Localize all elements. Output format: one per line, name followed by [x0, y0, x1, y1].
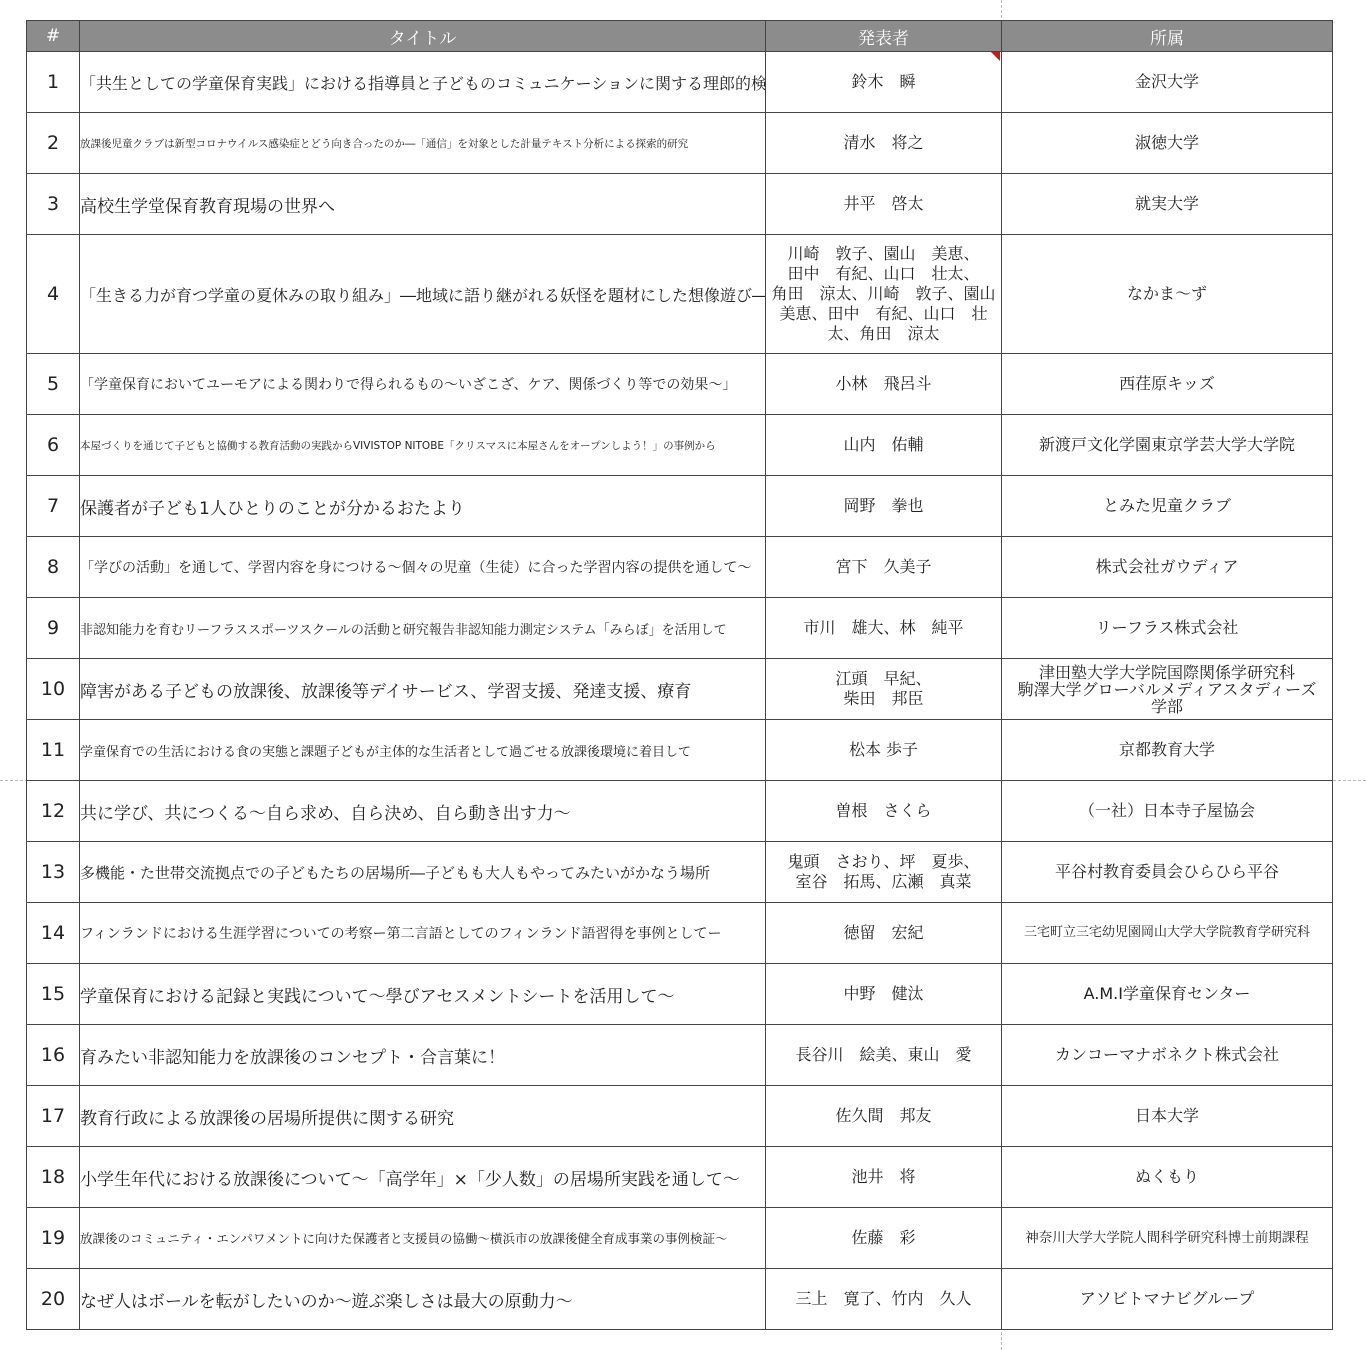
cell-title[interactable]: 教育行政による放課後の居場所提供に関する研究: [80, 1086, 766, 1147]
cell-presenter[interactable]: 徳留 宏紀: [766, 903, 1002, 964]
cell-presenter[interactable]: 岡野 拳也: [766, 476, 1002, 537]
table-row: 14 フィンランドにおける生涯学習についての考察ー第二言語としてのフィンランド語…: [27, 903, 1333, 964]
cell-presenter[interactable]: 川崎 敦子、園山 美恵、 田中 有紀、山口 壮太、 角田 涼太、川崎 敦子、園山…: [766, 235, 1002, 354]
cell-title[interactable]: 保護者が子ども1人ひとりのことが分かるおたより: [80, 476, 766, 537]
cell-presenter[interactable]: 宮下 久美子: [766, 537, 1002, 598]
cell-title[interactable]: 高校生学堂保育教育現場の世界へ: [80, 174, 766, 235]
table-row: 1 「共生としての学童保育実践」における指導員と子どものコミュニケーションに関す…: [27, 52, 1333, 113]
cell-presenter[interactable]: 佐久間 邦友: [766, 1086, 1002, 1147]
cell-affiliation[interactable]: 京都教育大学: [1002, 720, 1333, 781]
cell-num[interactable]: 9: [27, 598, 80, 659]
table-row: 16 育みたい非認知能力を放課後のコンセプト・合言葉に！ 長谷川 絵美、東山 愛…: [27, 1025, 1333, 1086]
cell-title[interactable]: 共に学び、共につくる～自ら求め、自ら決め、自ら動き出す力～: [80, 781, 766, 842]
header-affiliation[interactable]: 所属: [1002, 21, 1333, 52]
presentation-table: # タイトル 発表者 所属 1 「共生としての学童保育実践」における指導員と子ど…: [26, 20, 1333, 1330]
cell-num[interactable]: 6: [27, 415, 80, 476]
cell-affiliation[interactable]: 平谷村教育委員会ひらひら平谷: [1002, 842, 1333, 903]
table-row: 6 本屋づくりを通じて子どもと協働する教育活動の実践からVIVISTOP NIT…: [27, 415, 1333, 476]
cell-affiliation[interactable]: 三宅町立三宅幼児園岡山大学大学院教育学研究科: [1002, 903, 1333, 964]
cell-presenter[interactable]: 江頭 早紀、 柴田 邦臣: [766, 659, 1002, 720]
cell-affiliation[interactable]: 金沢大学: [1002, 52, 1333, 113]
cell-affiliation[interactable]: A.M.I学童保育センター: [1002, 964, 1333, 1025]
cell-affiliation[interactable]: 神奈川大学大学院人間科学研究科博士前期課程: [1002, 1208, 1333, 1269]
cell-presenter[interactable]: 池井 将: [766, 1147, 1002, 1208]
cell-title[interactable]: 本屋づくりを通じて子どもと協働する教育活動の実践からVIVISTOP NITOB…: [80, 415, 766, 476]
table-row: 19 放課後のコミュニティ・エンパワメントに向けた保護者と支援員の協働～横浜市の…: [27, 1208, 1333, 1269]
cell-presenter[interactable]: 井平 啓太: [766, 174, 1002, 235]
comment-indicator-icon[interactable]: [991, 52, 1000, 61]
cell-affiliation[interactable]: 西荏原キッズ: [1002, 354, 1333, 415]
cell-presenter[interactable]: 長谷川 絵美、東山 愛: [766, 1025, 1002, 1086]
cell-title[interactable]: 「共生としての学童保育実践」における指導員と子どものコミュニケーションに関する理…: [80, 52, 766, 113]
cell-num[interactable]: 7: [27, 476, 80, 537]
cell-title[interactable]: 「生きる力が育つ学童の夏休みの取り組み」―地域に語り継がれる妖怪を題材にした想像…: [80, 235, 766, 354]
cell-title[interactable]: 多機能・た世帯交流拠点での子どもたちの居場所―子どもも大人もやってみたいがかなう…: [80, 842, 766, 903]
cell-affiliation[interactable]: アソビトマナビグループ: [1002, 1269, 1333, 1330]
cell-affiliation[interactable]: 日本大学: [1002, 1086, 1333, 1147]
table-row: 3 高校生学堂保育教育現場の世界へ 井平 啓太 就実大学: [27, 174, 1333, 235]
cell-title[interactable]: 放課後のコミュニティ・エンパワメントに向けた保護者と支援員の協働～横浜市の放課後…: [80, 1208, 766, 1269]
cell-num[interactable]: 13: [27, 842, 80, 903]
cell-num[interactable]: 12: [27, 781, 80, 842]
table-row: 8 「学びの活動」を通して、学習内容を身につける～個々の児童（生徒）に合った学習…: [27, 537, 1333, 598]
cell-num[interactable]: 2: [27, 113, 80, 174]
cell-presenter[interactable]: 鈴木 瞬: [766, 52, 1002, 113]
cell-affiliation[interactable]: とみた児童クラブ: [1002, 476, 1333, 537]
cell-title[interactable]: 小学生年代における放課後について～「高学年」×「少人数」の居場所実践を通して～: [80, 1147, 766, 1208]
cell-title[interactable]: 障害がある子どもの放課後、放課後等デイサービス、学習支援、発達支援、療育: [80, 659, 766, 720]
table-row: 20 なぜ人はボールを転がしたいのか～遊ぶ楽しさは最大の原動力～ 三上 寛了、竹…: [27, 1269, 1333, 1330]
cell-presenter[interactable]: 山内 佑輔: [766, 415, 1002, 476]
cell-title[interactable]: なぜ人はボールを転がしたいのか～遊ぶ楽しさは最大の原動力～: [80, 1269, 766, 1330]
table-row: 5 「学童保育においてユーモアによる関わりで得られるもの～いざこざ、ケア、関係づ…: [27, 354, 1333, 415]
cell-affiliation[interactable]: 株式会社ガウディア: [1002, 537, 1333, 598]
cell-num[interactable]: 19: [27, 1208, 80, 1269]
cell-affiliation[interactable]: カンコーマナボネクト株式会社: [1002, 1025, 1333, 1086]
cell-num[interactable]: 3: [27, 174, 80, 235]
cell-title[interactable]: 育みたい非認知能力を放課後のコンセプト・合言葉に！: [80, 1025, 766, 1086]
cell-title[interactable]: 学童保育での生活における食の実態と課題子どもが主体的な生活者として過ごせる放課後…: [80, 720, 766, 781]
cell-title[interactable]: 非認知能力を育むリーフラススポーツスクールの活動と研究報告非認知能力測定システム…: [80, 598, 766, 659]
table-row: 11 学童保育での生活における食の実態と課題子どもが主体的な生活者として過ごせる…: [27, 720, 1333, 781]
table-row: 18 小学生年代における放課後について～「高学年」×「少人数」の居場所実践を通し…: [27, 1147, 1333, 1208]
cell-affiliation[interactable]: リーフラス株式会社: [1002, 598, 1333, 659]
cell-num[interactable]: 1: [27, 52, 80, 113]
cell-title[interactable]: 「学童保育においてユーモアによる関わりで得られるもの～いざこざ、ケア、関係づくり…: [80, 354, 766, 415]
cell-presenter[interactable]: 小林 飛呂斗: [766, 354, 1002, 415]
cell-presenter[interactable]: 佐藤 彩: [766, 1208, 1002, 1269]
cell-affiliation[interactable]: 就実大学: [1002, 174, 1333, 235]
cell-num[interactable]: 17: [27, 1086, 80, 1147]
cell-title[interactable]: フィンランドにおける生涯学習についての考察ー第二言語としてのフィンランド語習得を…: [80, 903, 766, 964]
cell-num[interactable]: 18: [27, 1147, 80, 1208]
header-title[interactable]: タイトル: [80, 21, 766, 52]
table-row: 12 共に学び、共につくる～自ら求め、自ら決め、自ら動き出す力～ 曽根 さくら …: [27, 781, 1333, 842]
cell-title[interactable]: 「学びの活動」を通して、学習内容を身につける～個々の児童（生徒）に合った学習内容…: [80, 537, 766, 598]
cell-num[interactable]: 16: [27, 1025, 80, 1086]
header-presenter[interactable]: 発表者: [766, 21, 1002, 52]
header-row: # タイトル 発表者 所属: [27, 21, 1333, 52]
cell-num[interactable]: 8: [27, 537, 80, 598]
table-row: 2 放課後児童クラブは新型コロナウイルス感染症とどう向き合ったのか―「通信」を対…: [27, 113, 1333, 174]
cell-affiliation[interactable]: （一社）日本寺子屋協会: [1002, 781, 1333, 842]
cell-num[interactable]: 4: [27, 235, 80, 354]
cell-presenter[interactable]: 鬼頭 さおり、坪 夏歩、 室谷 拓馬、広瀬 真菜: [766, 842, 1002, 903]
cell-presenter[interactable]: 市川 雄大、林 純平: [766, 598, 1002, 659]
table-row: 4 「生きる力が育つ学童の夏休みの取り組み」―地域に語り継がれる妖怪を題材にした…: [27, 235, 1333, 354]
cell-presenter[interactable]: 清水 将之: [766, 113, 1002, 174]
table-row: 7 保護者が子ども1人ひとりのことが分かるおたより 岡野 拳也 とみた児童クラブ: [27, 476, 1333, 537]
cell-affiliation[interactable]: ぬくもり: [1002, 1147, 1333, 1208]
header-num[interactable]: #: [27, 21, 80, 52]
cell-num[interactable]: 14: [27, 903, 80, 964]
cell-affiliation[interactable]: なかま～ず: [1002, 235, 1333, 354]
cell-affiliation[interactable]: 新渡戸文化学園東京学芸大学大学院: [1002, 415, 1333, 476]
cell-affiliation[interactable]: 淑徳大学: [1002, 113, 1333, 174]
cell-num[interactable]: 10: [27, 659, 80, 720]
cell-num[interactable]: 5: [27, 354, 80, 415]
cell-presenter[interactable]: 松本 歩子: [766, 720, 1002, 781]
table-row: 9 非認知能力を育むリーフラススポーツスクールの活動と研究報告非認知能力測定シス…: [27, 598, 1333, 659]
table-row: 15 学童保育における記録と実践について～學びアセスメントシートを活用して～ 中…: [27, 964, 1333, 1025]
cell-title[interactable]: 放課後児童クラブは新型コロナウイルス感染症とどう向き合ったのか―「通信」を対象と…: [80, 113, 766, 174]
cell-title[interactable]: 学童保育における記録と実践について～學びアセスメントシートを活用して～: [80, 964, 766, 1025]
cell-presenter[interactable]: 曽根 さくら: [766, 781, 1002, 842]
cell-num[interactable]: 11: [27, 720, 80, 781]
table-row: 10 障害がある子どもの放課後、放課後等デイサービス、学習支援、発達支援、療育 …: [27, 659, 1333, 720]
cell-presenter[interactable]: 中野 健汰: [766, 964, 1002, 1025]
table-row: 17 教育行政による放課後の居場所提供に関する研究 佐久間 邦友 日本大学: [27, 1086, 1333, 1147]
cell-affiliation[interactable]: 津田塾大学大学院国際関係学研究科 駒澤大学グローバルメディアスタディーズ 学部: [1002, 659, 1333, 720]
cell-num[interactable]: 20: [27, 1269, 80, 1330]
cell-presenter[interactable]: 三上 寛了、竹内 久人: [766, 1269, 1002, 1330]
cell-num[interactable]: 15: [27, 964, 80, 1025]
table-row: 13 多機能・た世帯交流拠点での子どもたちの居場所―子どもも大人もやってみたいが…: [27, 842, 1333, 903]
